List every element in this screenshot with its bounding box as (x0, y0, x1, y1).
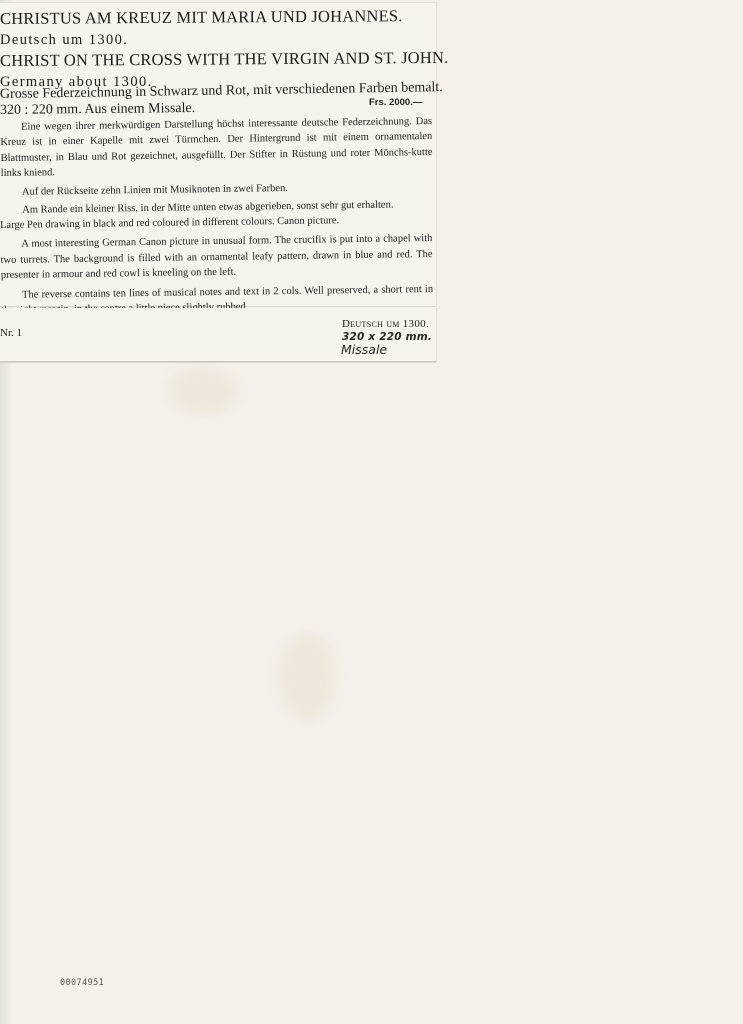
dimensions-source: 320 : 220 mm. Aus einem Missale. (0, 101, 195, 119)
date-german: Deutsch um 1300. (0, 32, 128, 49)
dealer-line-text: Deutsch um 1300. (342, 318, 429, 330)
paper-stain (278, 632, 336, 722)
german-description-block: Eine wegen ihrer merkwürdigen Darstellun… (0, 114, 433, 218)
paragraph-en: A most interesting German Canon picture … (0, 231, 433, 283)
paragraph-de: Auf der Rückseite zehn Linien mit Musikn… (1, 179, 433, 200)
serial-number: 00074951 (60, 978, 104, 988)
catalogue-clipping: CHRISTUS AM KREUZ MIT MARIA UND JOHANNES… (0, 2, 436, 306)
english-description-block: Large Pen drawing in black and red colou… (0, 212, 433, 318)
paper-stain (168, 366, 238, 416)
dealer-line: Deutsch um 1300. (342, 318, 429, 330)
title-german: CHRISTUS AM KREUZ MIT MARIA UND JOHANNES… (0, 6, 403, 29)
handwritten-source: Missale (341, 342, 387, 357)
title-english: CHRIST ON THE CROSS WITH THE VIRGIN AND … (0, 48, 449, 71)
item-number: Nr. 1 (0, 327, 22, 339)
paragraph-de: Eine wegen ihrer merkwürdigen Darstellun… (0, 114, 433, 182)
price: Frs. 2000.— (369, 97, 422, 108)
